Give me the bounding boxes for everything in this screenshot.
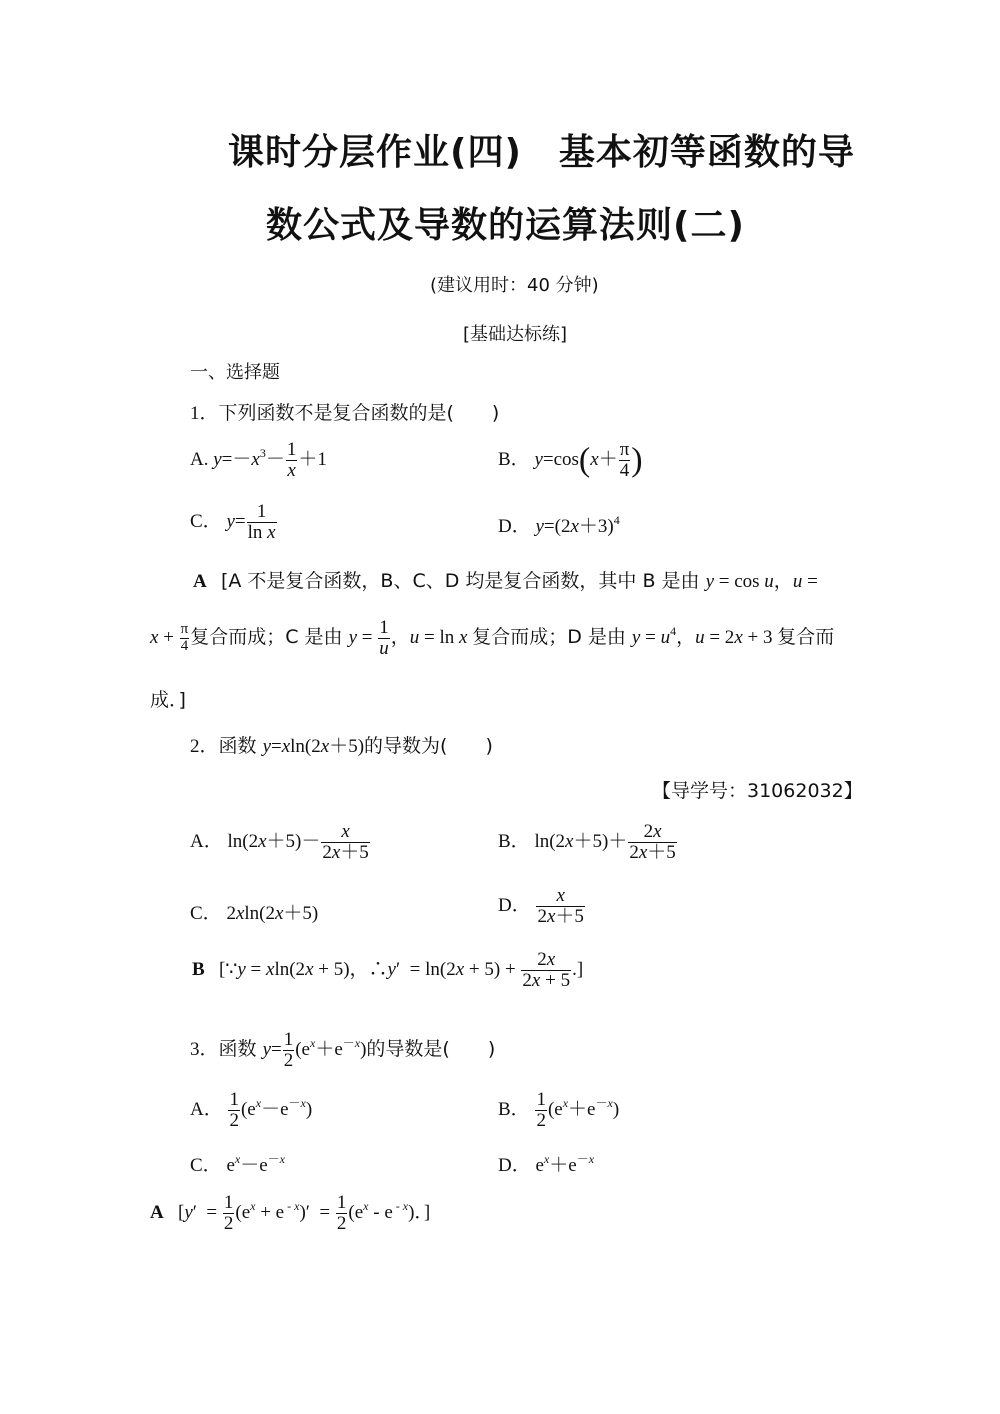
question-3-stem: 3．函数 y=12(ex＋e－x)的导数是( ) — [190, 1030, 495, 1071]
question-2-stem: 2．函数 y=xln(2x＋5)的导数为( ) — [190, 731, 493, 758]
q1-option-a[interactable]: A. y=－x3－1x＋1 — [190, 440, 327, 481]
q1-answer: A [A 不是复合函数，B、C、D 均是复合函数，其中 B 是由 y = cos… — [193, 566, 818, 593]
page-title-line1: 课时分层作业(四) 基本初等函数的导 — [228, 124, 855, 175]
q2-option-b[interactable]: B． ln(2x＋5)＋2x2x＋5 — [498, 822, 678, 863]
q2-option-c[interactable]: C． 2xln(2x＋5) — [190, 898, 318, 925]
q1-option-d[interactable]: D． y=(2x＋3)4 — [498, 511, 620, 538]
question-1-stem: 1．下列函数不是复合函数的是( ) — [190, 398, 499, 425]
guide-number: 【导学号：31062032】 — [652, 776, 863, 803]
q2-option-a[interactable]: A． ln(2x＋5)－x2x＋5 — [190, 822, 371, 863]
q2-answer: B [∵y = xln(2x + 5)，∴y′ = ln(2x + 5) + 2… — [192, 950, 583, 991]
q3-option-a[interactable]: A． 12(ex－e－x) — [190, 1090, 312, 1131]
page-title-line2: 数公式及导数的运算法则(二) — [266, 197, 745, 248]
q1-option-b[interactable]: B． y=cos(x＋π4) — [498, 440, 643, 481]
q3-answer: A [y′ = 12(ex + e - x)′ = 12(ex - e - x)… — [150, 1193, 430, 1234]
q3-option-d[interactable]: D． ex＋e－x — [498, 1150, 594, 1177]
q1-option-c[interactable]: C． y=1ln x — [190, 502, 278, 543]
q3-option-c[interactable]: C． ex－e－x — [190, 1150, 285, 1177]
section-heading: 一、选择题 — [190, 358, 280, 384]
q1-explanation-line3: 成．] — [150, 685, 186, 712]
section-tag: [基础达标练] — [463, 320, 567, 346]
suggested-time: (建议用时：40 分钟) — [430, 271, 599, 297]
q3-option-b[interactable]: B． 12(ex＋e－x) — [498, 1090, 619, 1131]
q2-option-d[interactable]: D． x2x＋5 — [498, 886, 586, 927]
q1-explanation-line2: x + π4复合而成；C 是由 y = 1u，u = ln x 复合而成；D 是… — [150, 618, 834, 659]
